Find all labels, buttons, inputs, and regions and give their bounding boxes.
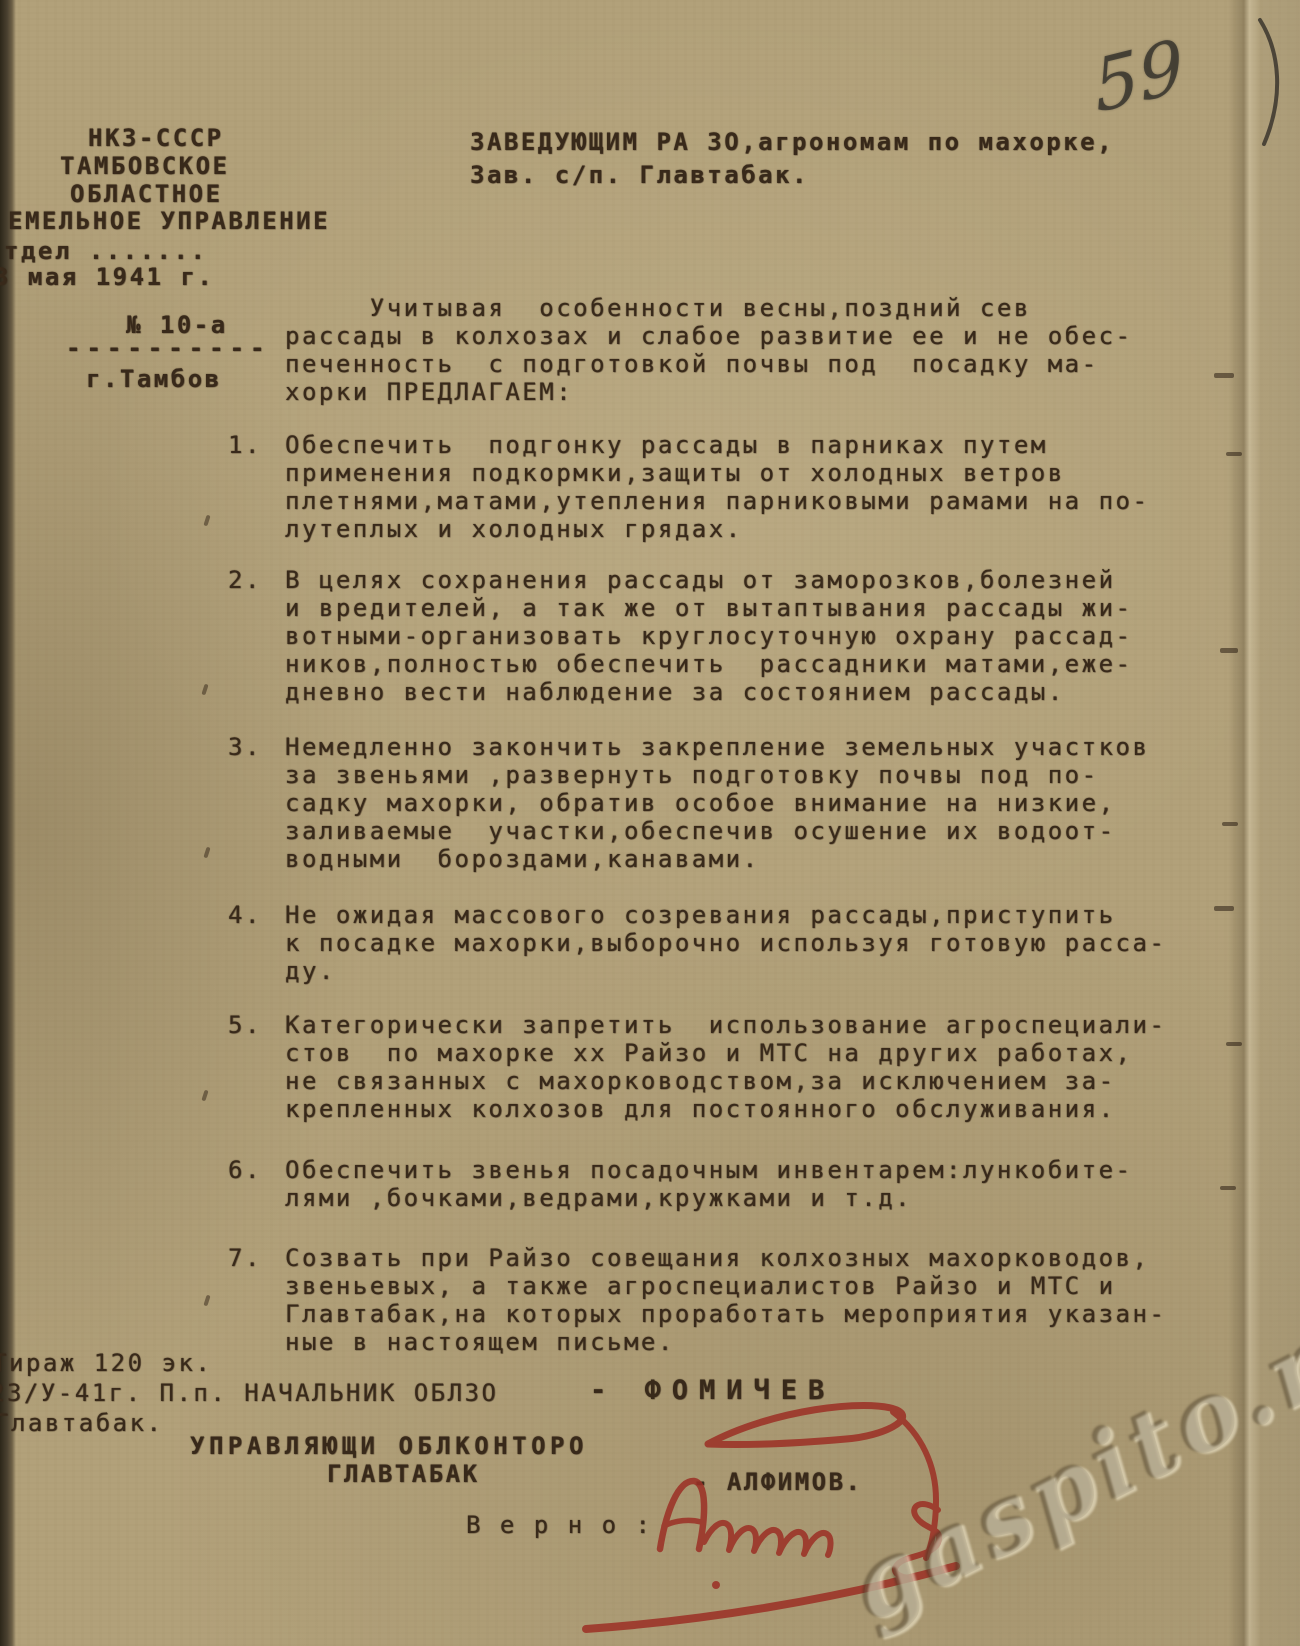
document-scan: 59 НКЗ-СССР ТАМБОВСКОЕ ОБЛАСТНОЕ ЕМЕЛЬНО… [0,0,1300,1646]
item-number: 2. [228,566,262,594]
ink-mark [1226,1042,1242,1046]
letterhead-city: г.Тамбов [86,365,222,393]
margin-tick [203,847,210,859]
margin-tick [201,684,208,696]
item-number: 5. [228,1011,262,1039]
item-text: Обеспечить подгонку рассады в парниках п… [285,431,1149,543]
letterhead-dept-line: тдел ....... [4,237,207,265]
letterhead-org-line2: ТАМБОВСКОЕ [60,152,230,180]
ink-mark [1220,1186,1236,1190]
letterhead-divider: ---------- [66,334,271,362]
ink-mark [1222,822,1238,826]
intro-paragraph: Учитывая особенности весны,поздний сев р… [285,294,1132,406]
ink-mark [1220,648,1238,653]
item-number: 1. [228,431,262,459]
letterhead-org-line4: ЕМЕЛЬНОЕ УПРАВЛЕНИЕ [8,207,330,235]
margin-tick [203,515,210,527]
ink-mark [1214,906,1234,911]
letterhead-org-line3: ОБЛАСТНОЕ [70,180,223,208]
addressee-block: ЗАВЕДУЮЩИМ РА ЗО,агрономам по махорке, З… [470,126,1114,192]
margin-note-glavtabak: Главтабак. [0,1409,164,1437]
item-text: В целях сохранения рассады от заморозков… [285,566,1132,706]
item-number: 6. [228,1156,262,1184]
corner-pen-mark [1238,12,1300,152]
ink-mark [1226,452,1242,456]
margin-tick [203,1295,210,1307]
item-text: Не ожидая массового созревания рассады,п… [285,901,1166,985]
handwritten-page-number: 59 [1090,23,1188,130]
item-text: Немедленно закончить закрепление земельн… [285,733,1149,873]
manager-title-line2: ГЛАВТАБАК [327,1460,480,1488]
item-number: 4. [228,901,262,929]
item-text: Созвать при Райзо совещания колхозных ма… [285,1244,1166,1356]
manager-title-line1: УПРАВЛЯЮЩИ ОБЛКОНТОРО [190,1432,588,1460]
item-number: 7. [228,1244,262,1272]
margin-tick [201,1090,208,1102]
letterhead-org-line1: НКЗ-СССР [88,124,224,152]
item-text: Обеспечить звенья посадочным инвентарем:… [285,1156,1132,1212]
item-text: Категорически запретить использование аг… [285,1011,1166,1123]
date-and-title-line: 23/У-41г. П.п. НАЧАЛЬНИК ОБЛЗО [0,1379,498,1407]
item-number: 3. [228,733,262,761]
ink-mark [1214,373,1234,378]
tirazh-note: Тираж 120 эк. [0,1349,212,1377]
letterhead-date-line: 3 мая 1941 г. [0,263,214,291]
